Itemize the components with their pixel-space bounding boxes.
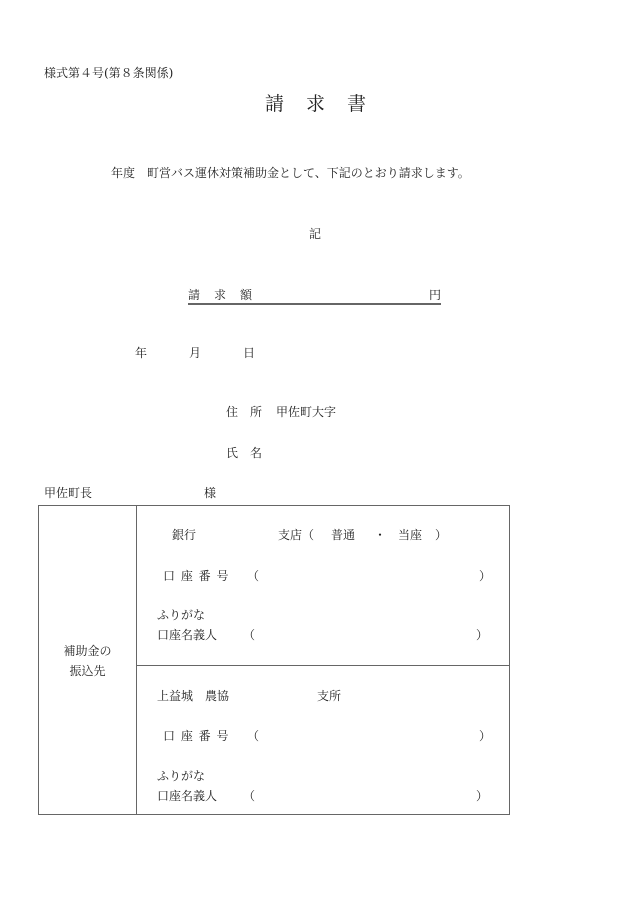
transfer-destination-label: 補助金の 振込先	[39, 641, 136, 681]
account-holder-open: （	[243, 629, 255, 641]
ja-account-number-open: （	[247, 730, 259, 742]
address-value: 甲佐町大字	[276, 405, 336, 419]
date-month: 月	[189, 347, 201, 359]
amount-unit: 円	[429, 289, 441, 301]
account-number-close: ）	[479, 570, 491, 582]
date-day: 日	[243, 347, 255, 359]
account-holder-close: ）	[476, 629, 488, 641]
honorific: 様	[204, 487, 216, 499]
name-field: 氏 名	[226, 447, 262, 459]
account-number-open: （	[247, 570, 259, 582]
close-paren: ）	[435, 529, 447, 541]
account-type-ordinary[interactable]: 普通	[331, 529, 355, 541]
date-year: 年	[135, 347, 147, 359]
ja-bank-label: 上益城 農協	[157, 690, 229, 702]
amount-label: 請求額	[188, 288, 266, 302]
account-type-separator: ・	[374, 529, 386, 541]
title-char: 書	[347, 95, 366, 114]
name-label: 氏 名	[226, 446, 262, 460]
ja-account-holder-open: （	[243, 790, 255, 802]
row-divider	[136, 665, 509, 666]
branch-label: 支店（	[278, 529, 314, 541]
column-divider	[136, 506, 137, 814]
ja-account-number-label: 口 座 番 号	[163, 730, 229, 742]
transfer-table: 補助金の 振込先 銀行 支店（ 普通 ・ 当座 ） 口 座 番 号 （ ） ふり…	[38, 505, 510, 815]
intro-text: 年度 町営バス運休対策補助金として、下記のとおり請求します。	[111, 167, 470, 179]
addressee: 甲佐町長	[44, 487, 92, 499]
ja-furigana-label: ふりがな	[157, 770, 205, 782]
ja-branch-label: 支所	[317, 690, 341, 702]
title-char: 求	[306, 95, 325, 114]
title-char: 請	[265, 95, 284, 114]
account-holder-label: 口座名義人	[157, 629, 217, 641]
account-type-current[interactable]: 当座	[398, 529, 422, 541]
amount-field[interactable]: 請求額 円	[188, 289, 441, 305]
ja-account-number-close: ）	[479, 730, 491, 742]
date-field: 年月日	[135, 347, 255, 359]
ja-account-holder-close: ）	[476, 790, 488, 802]
form-number: 様式第４号(第８条関係)	[44, 67, 173, 79]
address-label: 住 所	[226, 405, 262, 419]
account-number-label: 口 座 番 号	[163, 570, 229, 582]
ja-account-holder-label: 口座名義人	[157, 790, 217, 802]
address-field: 住 所甲佐町大字	[226, 406, 336, 418]
furigana-label: ふりがな	[157, 609, 205, 621]
page-title: 請求書	[265, 95, 366, 114]
ki-heading: 記	[309, 228, 321, 240]
bank-label: 銀行	[172, 529, 196, 541]
